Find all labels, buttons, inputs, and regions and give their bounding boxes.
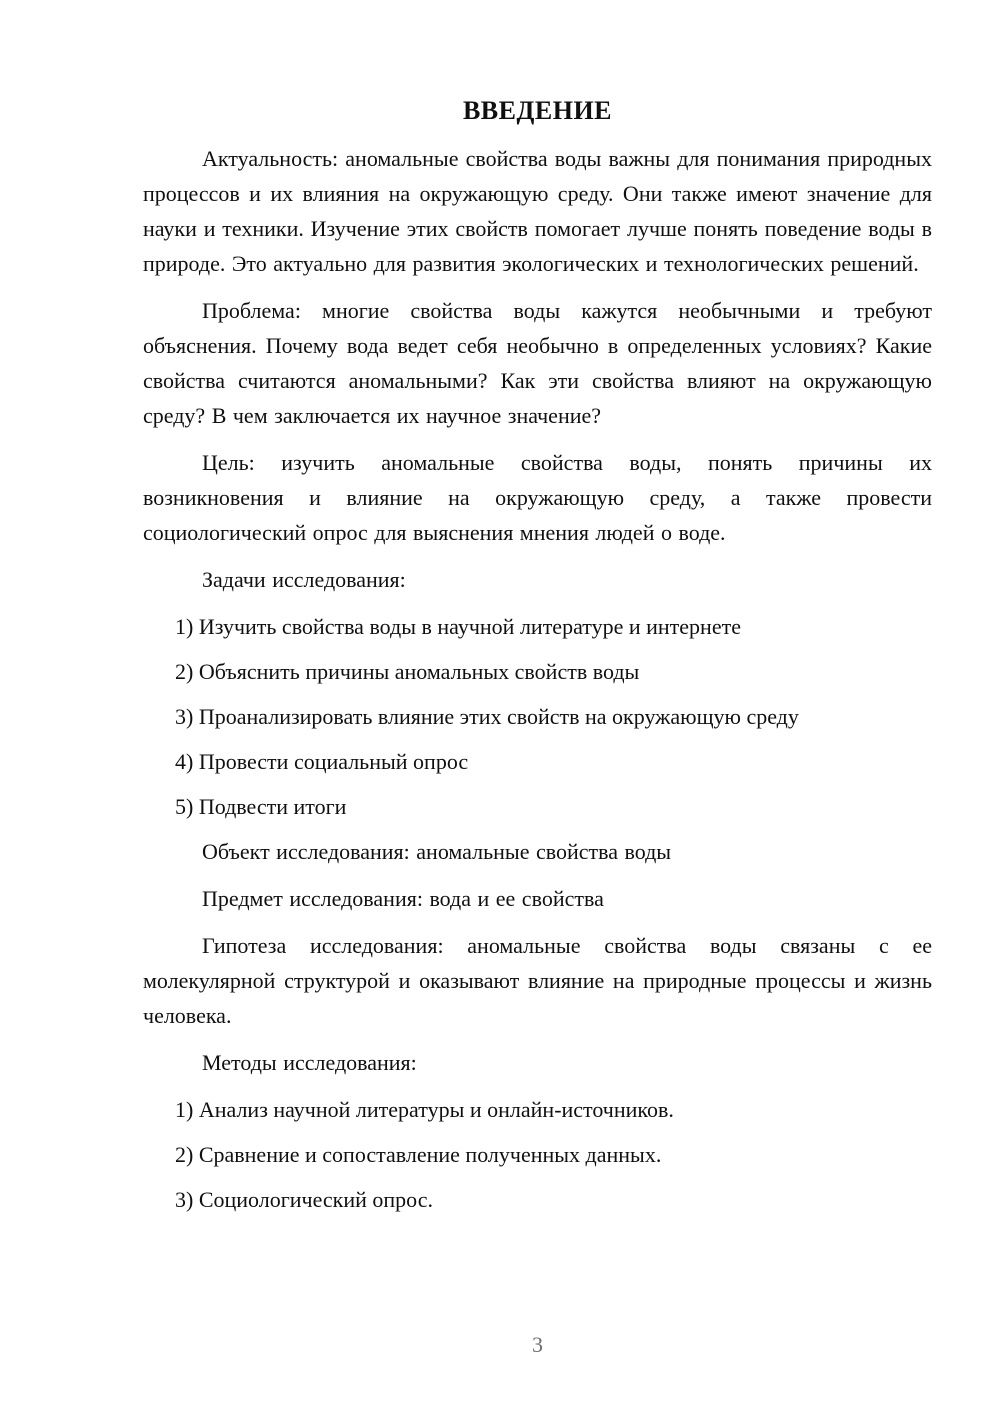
document-page: ВВЕДЕНИЕ Актуальность: аномальные свойст… xyxy=(0,0,1000,1414)
task-item-4: 4) Провести социальный опрос xyxy=(143,744,932,779)
task-item-2: 2) Объяснить причины аномальных свойств … xyxy=(143,654,932,689)
methods-heading: Методы исследования: xyxy=(143,1045,932,1080)
tasks-heading: Задачи исследования: xyxy=(143,562,932,597)
page-number: 3 xyxy=(143,1330,932,1360)
page-title: ВВЕДЕНИЕ xyxy=(143,93,932,128)
paragraph-problem: Проблема: многие свойства воды кажутся н… xyxy=(143,293,932,433)
hypothesis-paragraph: Гипотеза исследования: аномальные свойст… xyxy=(143,928,932,1033)
task-item-3: 3) Проанализировать влияние этих свойств… xyxy=(143,699,932,734)
object-line: Объект исследования: аномальные свойства… xyxy=(143,834,932,869)
task-item-5: 5) Подвести итоги xyxy=(143,789,932,824)
paragraph-goal: Цель: изучить аномальные свойства воды, … xyxy=(143,445,932,550)
paragraph-relevance: Актуальность: аномальные свойства воды в… xyxy=(143,141,932,281)
method-item-3: 3) Социологический опрос. xyxy=(143,1182,932,1217)
method-item-1: 1) Анализ научной литературы и онлайн-ис… xyxy=(143,1092,932,1127)
method-item-2: 2) Сравнение и сопоставление полученных … xyxy=(143,1137,932,1172)
task-item-1: 1) Изучить свойства воды в научной литер… xyxy=(143,609,932,644)
subject-line: Предмет исследования: вода и ее свойства xyxy=(143,881,932,916)
